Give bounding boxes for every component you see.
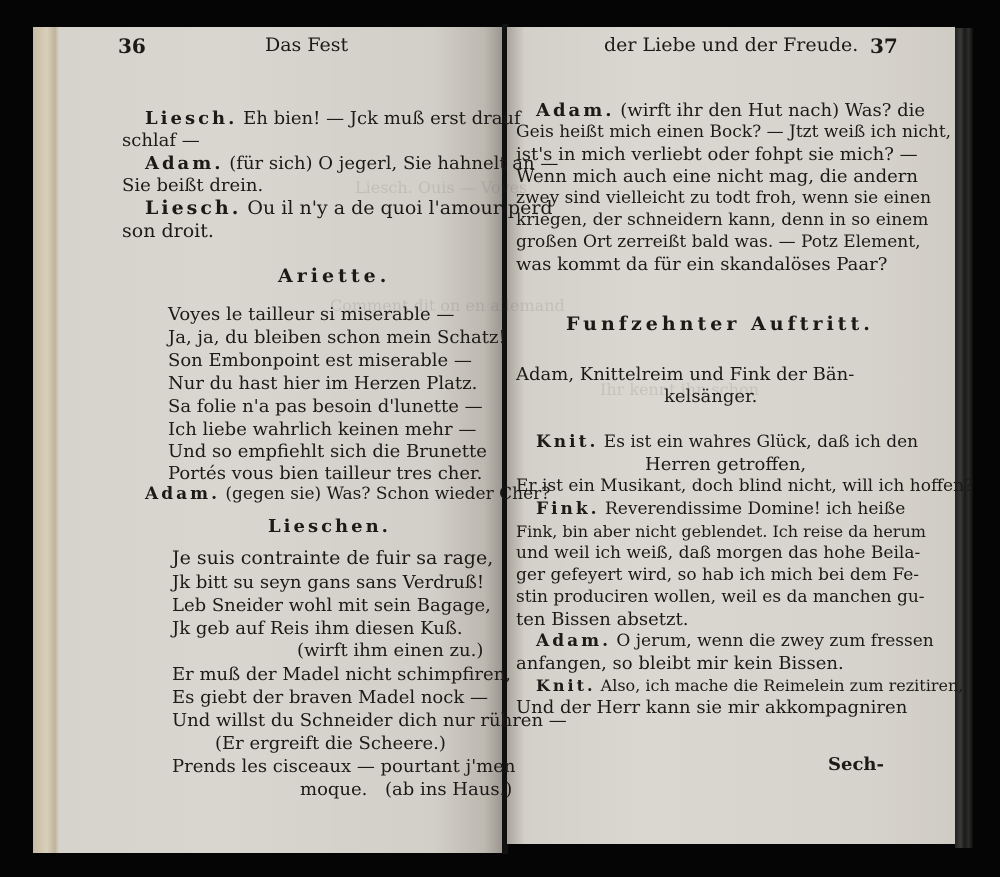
speech-line: was kommt da für ein skandalöses Paar? (516, 254, 887, 275)
ariette-title: Ariette. (278, 266, 390, 287)
verse-line: Und willst du Schneider dich nur rühren … (172, 710, 567, 731)
speaker-label: Adam. (145, 484, 220, 504)
speech-line: ist's in mich verliebt oder fohpt sie mi… (516, 144, 918, 165)
speech-line: Er ist ein Musikant, doch blind nicht, w… (516, 476, 973, 497)
speech-line: zwey sind vielleicht zu todt froh, wenn … (516, 188, 931, 209)
speech-line: Knit. Es ist ein wahres Glück, daß ich d… (536, 432, 918, 453)
speech-line: schlaf — (122, 130, 200, 151)
speech-line: Liesch. Ou il n'y a de quoi l'amour perd (145, 198, 553, 219)
open-book: Liesch. Ouis — Voyes Comment dit on en a… (0, 0, 1000, 877)
verse-line: Son Embonpoint est miserable — (168, 350, 472, 371)
verse-line: Ich liebe wahrlich keinen mehr — (168, 419, 476, 440)
speaker-label: Knit. (536, 432, 598, 452)
speech-line: Adam. (gegen sie) Was? Schon wieder Cher… (145, 484, 550, 505)
speech-line: Adam. O jerum, wenn die zwey zum fressen (536, 631, 934, 652)
speech-line: Geis heißt mich einen Bock? — Jtzt weiß … (516, 122, 951, 143)
cast-list: kelsänger. (664, 386, 757, 407)
verse-line: Prends les cisceaux — pourtant j'men (172, 756, 515, 777)
speech-line: großen Ort zerreißt bald was. — Potz Ele… (516, 232, 920, 253)
verse-line: Er muß der Madel nicht schimpfiren, (172, 664, 511, 685)
verse-line: moque. (300, 779, 367, 800)
speech-line: Liesch. Eh bien! — Jck muß erst drauf (145, 108, 521, 129)
speech-line: ten Bissen absetzt. (516, 609, 688, 630)
catchword: Sech- (828, 754, 884, 775)
scene-title: Funfzehnter Auftritt. (566, 314, 874, 335)
bleed-through-text: Liesch. Ouis — Voyes (355, 178, 527, 197)
verse-line: Jk bitt su seyn gans sans Verdruß! (172, 572, 484, 593)
cast-list: Adam, Knittelreim und Fink der Bän- (516, 364, 854, 385)
speech-line: Fink, bin aber nicht geblendet. Ich reis… (516, 521, 926, 542)
speech-line: Adam. (wirft ihr den Hut nach) Was? die (536, 100, 925, 121)
stage-direction: (Er ergreift die Scheere.) (215, 733, 446, 754)
lieschen-title: Lieschen. (268, 516, 391, 537)
speaker-label: Knit. (536, 676, 596, 695)
speech-line: Knit. Also, ich mache die Reimelein zum … (536, 675, 963, 696)
verse-line: Leb Sneider wohl mit sein Bagage, (172, 595, 491, 616)
speaker-label: Fink. (536, 499, 600, 519)
speech-line: ger gefeyert wird, so hab ich mich bei d… (516, 565, 919, 586)
verse-line: Jk geb auf Reis ihm diesen Kuß. (172, 618, 463, 639)
verse-line: Sa folie n'a pas besoin d'lunette — (168, 396, 483, 417)
speaker-label: Adam. (536, 631, 611, 651)
verse-line: Es giebt der braven Madel nock — (172, 687, 488, 708)
speech-line: Sie beißt drein. (122, 175, 263, 196)
speech-line: son droit. (122, 221, 214, 242)
speech-line: stin produciren wollen, weil es da manch… (516, 587, 925, 608)
speech-line: anfangen, so bleibt mir kein Bissen. (516, 653, 844, 674)
verse-line: Je suis contrainte de fuir sa rage, (172, 548, 493, 569)
speech-line: und weil ich weiß, daß morgen das hohe B… (516, 543, 920, 564)
speech-line: Und der Herr kann sie mir akkompagniren (516, 697, 907, 718)
stage-direction: (wirft ihm einen zu.) (297, 640, 483, 661)
speech-line: Herren getroffen, (645, 454, 806, 475)
verse-line: Portés vous bien tailleur tres cher. (168, 463, 482, 484)
stage-direction: (ab ins Haus.) (385, 779, 512, 800)
page-edges (955, 28, 973, 848)
speaker-label: Adam. (536, 100, 615, 121)
running-head-right: der Liebe und der Freude. (604, 34, 858, 56)
page-number-left: 36 (118, 34, 146, 58)
speaker-label: Liesch. (145, 197, 241, 219)
verse-line: Und so empfiehlt sich die Brunette (168, 441, 487, 462)
speaker-label: Adam. (145, 153, 224, 174)
speech-line: kriegen, der schneidern kann, denn in so… (516, 210, 928, 231)
page-number-right: 37 (870, 34, 898, 58)
verse-line: Nur du hast hier im Herzen Platz. (168, 373, 477, 394)
verse-line: Ja, ja, du bleiben schon mein Schatz! (168, 327, 506, 348)
speech-line: Adam. (für sich) O jegerl, Sie hahnelt a… (145, 153, 558, 174)
speech-line: Wenn mich auch eine nicht mag, die ander… (516, 166, 918, 187)
verse-line: Voyes le tailleur si miserable — (168, 304, 454, 325)
running-head-left: Das Fest (265, 34, 348, 56)
speaker-label: Liesch. (145, 108, 237, 129)
speech-line: Fink. Reverendissime Domine! ich heiße (536, 499, 905, 520)
